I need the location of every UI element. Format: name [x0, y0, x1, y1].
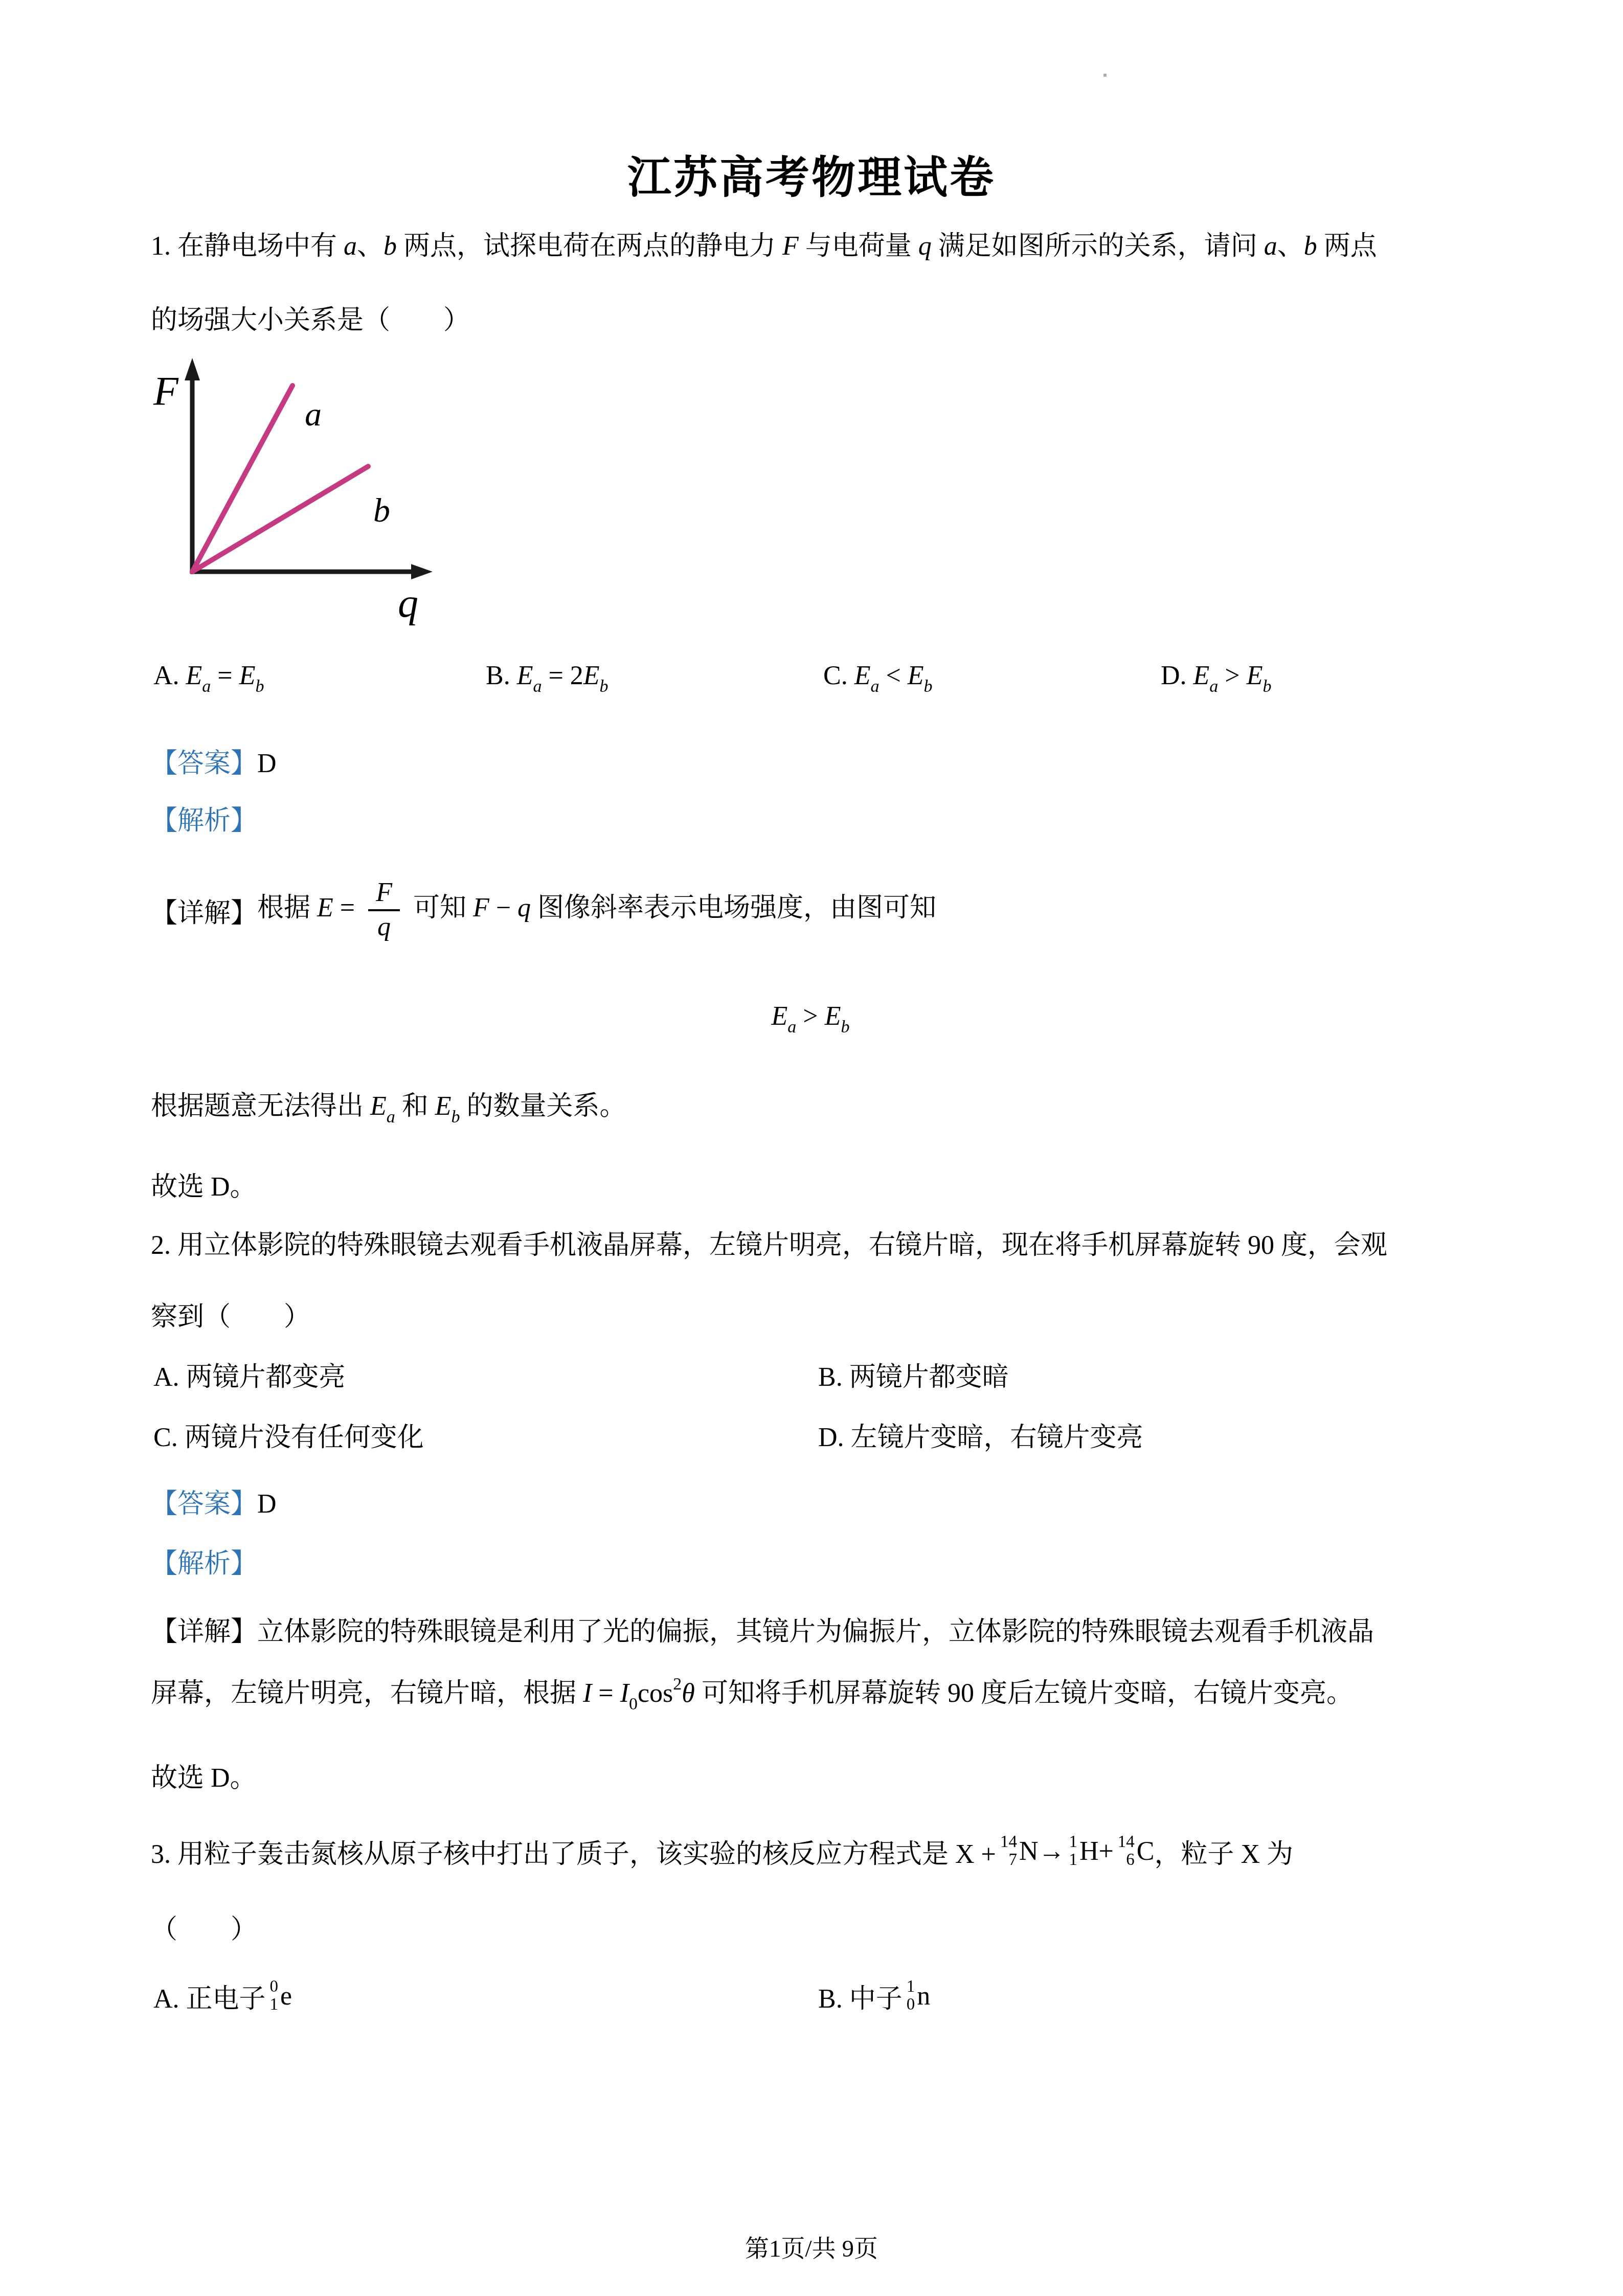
- q2-analysis-label: 【解析】: [151, 1542, 257, 1580]
- q1-option-a: A. Ea = Eb: [153, 661, 264, 696]
- y-axis-label: F: [153, 369, 179, 414]
- q2-answer-value: D: [257, 1490, 277, 1519]
- page-title: 江苏高考物理试卷: [0, 142, 1623, 206]
- line-a-label: a: [305, 396, 322, 433]
- q1-conclusion: 故选 D。: [151, 1165, 257, 1203]
- q1-center-formula: Ea > Eb: [151, 1001, 1470, 1037]
- q3-option-a: A. 正电子01e: [153, 1968, 292, 2024]
- q2-option-d: D. 左镜片变暗，右镜片变亮: [818, 1415, 1143, 1454]
- y-axis-arrow-icon: [185, 358, 200, 380]
- q1-option-b: B. Ea = 2Eb: [486, 661, 608, 696]
- x-axis-arrow-icon: [411, 564, 433, 579]
- q2-stem-line2: 察到（ ）: [151, 1295, 310, 1333]
- q2-option-c: C. 两镜片没有任何变化: [153, 1415, 424, 1454]
- q3-stem-line2: （ ）: [151, 1907, 257, 1946]
- detail-label: 【详解】: [151, 1617, 257, 1647]
- q3-option-b: B. 中子10n: [818, 1968, 930, 2024]
- x-axis-label: q: [398, 581, 418, 626]
- q2-detail-text1: 立体影院的特殊眼镜是利用了光的偏振，其镜片为偏振片，立体影院的特殊眼镜去观看手机…: [257, 1617, 1374, 1647]
- detail-label: 【详解】: [151, 891, 257, 930]
- q3-stem-line1: 3. 用粒子轰击氮核从原子核中打出了质子，该实验的核反应方程式是 X + 147…: [151, 1820, 1293, 1882]
- exam-page: 江苏高考物理试卷 1. 在静电场中有 a、b 两点，试探电荷在两点的静电力 F …: [0, 0, 1623, 2296]
- answer-label: 【答案】: [151, 749, 257, 778]
- q1-stem-line1: 1. 在静电场中有 a、b 两点，试探电荷在两点的静电力 F 与电荷量 q 满足…: [151, 224, 1377, 262]
- q1-analysis-label: 【解析】: [151, 799, 257, 837]
- answer-label: 【答案】: [151, 1490, 257, 1519]
- q1-option-c: C. Ea < Eb: [823, 661, 933, 696]
- q1-stem-line2: 的场强大小关系是（ ）: [151, 298, 470, 336]
- q2-answer-row: 【答案】D: [151, 1482, 277, 1520]
- q1-detail-text: 根据 E = Fq 可知 F − q 图像斜率表示电场强度，由图可知: [257, 879, 936, 941]
- line-b-label: b: [373, 492, 390, 529]
- scan-artifact-dot: [1103, 74, 1107, 77]
- q2-option-a: A. 两镜片都变亮: [153, 1355, 346, 1393]
- fq-graph: F q a b: [143, 353, 445, 629]
- q1-detail-line: 【详解】根据 E = Fq 可知 F − q 图像斜率表示电场强度，由图可知: [151, 869, 936, 951]
- q1-answer-row: 【答案】D: [151, 741, 277, 780]
- page-number: 第1页/共 9页: [0, 2230, 1623, 2264]
- q1-note-line: 根据题意无法得出 Ea 和 Eb 的数量关系。: [151, 1084, 626, 1127]
- q1-answer-value: D: [257, 749, 277, 778]
- q2-detail-line1: 【详解】立体影院的特殊眼镜是利用了光的偏振，其镜片为偏振片，立体影院的特殊眼镜去…: [151, 1610, 1374, 1648]
- q2-conclusion: 故选 D。: [151, 1756, 257, 1794]
- q2-detail-line2: 屏幕，左镜片明亮，右镜片暗，根据 I = I0cos2θ 可知将手机屏幕旋转 9…: [151, 1671, 1353, 1714]
- q1-option-d: D. Ea > Eb: [1161, 661, 1271, 696]
- q2-stem-line1: 2. 用立体影院的特殊眼镜去观看手机液晶屏幕，左镜片明亮，右镜片暗，现在将手机屏…: [151, 1223, 1387, 1262]
- q2-option-b: B. 两镜片都变暗: [818, 1355, 1009, 1393]
